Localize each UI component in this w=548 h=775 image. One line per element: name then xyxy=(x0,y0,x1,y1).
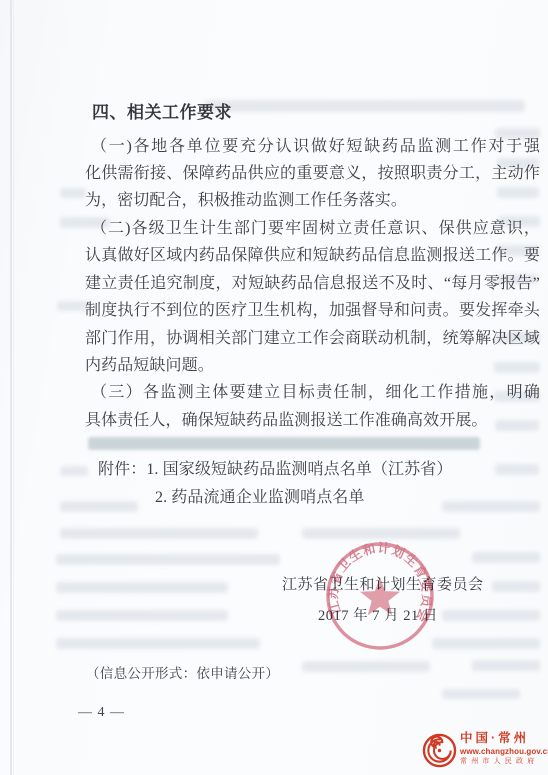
bleedthrough-artifact xyxy=(56,582,228,593)
text-line: 内药品短缺问题。 xyxy=(85,352,540,379)
bleedthrough-artifact xyxy=(56,610,228,621)
page-number: — 4 — xyxy=(78,701,125,725)
paragraph-2: （二)各级卫生计生部门要牢固树立责任意识、保供应意识， 认真做好区域内药品保障供… xyxy=(85,215,540,380)
attachment-item-1: 1. 国家级短缺药品监测哨点名单（江苏省） xyxy=(146,461,452,478)
scan-edge-shadow xyxy=(10,0,12,775)
bleedthrough-artifact xyxy=(492,581,540,592)
bleedthrough-artifact xyxy=(472,660,540,671)
text-line: 部门作用，协调相关部门建立工作会商联动机制，统筹解决区域 xyxy=(85,325,540,352)
text-line: （二)各级卫生计生部门要牢固树立责任意识、保供应意识， xyxy=(85,215,540,242)
bleedthrough-artifact xyxy=(432,638,540,649)
document-page: 四、相关工作要求 （一)各地各单位要充分认识做好短缺药品监测工作对于强 化供需衔… xyxy=(0,0,548,775)
attachment-item-2: 2. 药品流通企业监测哨点名单 xyxy=(155,489,365,506)
bleedthrough-artifact xyxy=(56,638,260,649)
text-line: 具体责任人，确保短缺药品监测报送工作准确高效开展。 xyxy=(85,407,540,434)
attachment-line-1: 附件：1. 国家级短缺药品监测哨点名单（江苏省） xyxy=(85,456,540,483)
text-line: 制度执行不到位的医疗卫生机构，加强督导和问责。要发挥牵头 xyxy=(85,297,540,324)
logo-title: 中国·常州 xyxy=(460,731,544,746)
text-line: （一)各地各单位要充分认识做好短缺药品监测工作对于强 xyxy=(85,133,540,160)
scan-edge-shadow-2 xyxy=(13,0,14,775)
bleedthrough-artifact xyxy=(56,554,280,565)
paragraph-1: （一)各地各单位要充分认识做好短缺药品监测工作对于强 化供需衔接、保障药品供应的… xyxy=(85,133,540,215)
document-body: 四、相关工作要求 （一)各地各单位要充分认识做好短缺药品监测工作对于强 化供需衔… xyxy=(85,99,540,511)
text-line: 化供需衔接、保障药品供应的重要意义，按照职责分工，主动作 xyxy=(85,160,540,187)
changzhou-gov-logo: 中国·常州 www.changzhou.gov.cn 常州市人民政府 xyxy=(420,727,545,771)
bleedthrough-artifact xyxy=(442,610,540,621)
official-seal: 江苏省卫生和计划生育委员会 xyxy=(323,539,437,653)
disclosure-note: （信息公开形式：依申请公开） xyxy=(86,661,279,687)
section-heading: 四、相关工作要求 xyxy=(85,99,540,127)
bleedthrough-artifact xyxy=(302,528,460,539)
bleedthrough-artifact xyxy=(60,528,258,539)
bleedthrough-artifact xyxy=(60,466,88,476)
star-icon xyxy=(360,577,400,615)
dragon-emblem-icon xyxy=(422,733,457,768)
logo-url: www.changzhou.gov.cn xyxy=(460,747,544,756)
text-line: 建立责任追究制度，对短缺药品信息报送不及时、“每月零报告” xyxy=(85,270,540,297)
bleedthrough-artifact xyxy=(302,661,430,672)
bleedthrough-artifact xyxy=(472,552,540,563)
logo-subtitle: 常州市人民政府 xyxy=(460,757,544,766)
text-line: （三）各监测主体要建立目标责任制，细化工作措施，明确 xyxy=(85,379,540,406)
bleedthrough-artifact xyxy=(60,188,86,198)
attachment-line-2: 2. 药品流通企业监测哨点名单 xyxy=(85,484,540,511)
paragraph-3: （三）各监测主体要建立目标责任制，细化工作措施，明确 具体责任人，确保短缺药品监… xyxy=(85,379,540,434)
attachments-label: 附件： xyxy=(98,461,146,478)
attachments-block: 附件：1. 国家级短缺药品监测哨点名单（江苏省） 2. 药品流通企业监测哨点名单 xyxy=(85,456,540,511)
text-line: 为，密切配合，积极推动监测工作任务落实。 xyxy=(85,187,540,214)
bleedthrough-artifact xyxy=(442,689,520,699)
text-line: 认真做好区域内药品保障供应和短缺药品信息监测报送工作。要 xyxy=(85,242,540,269)
